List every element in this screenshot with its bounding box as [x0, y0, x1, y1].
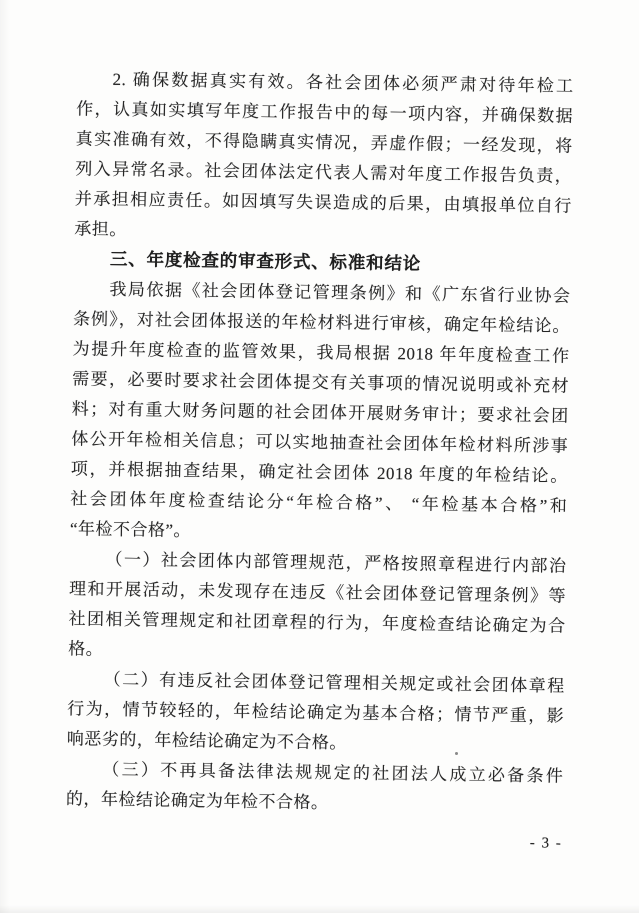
paragraph: （二）有违反社会团体登记管理相关规定或社会团体章程 行为，情节较轻的，年检结论确…	[67, 664, 565, 761]
paragraph: 2. 确保数据真实有效。各社会团体必须严肃对待年检工 作，认真如实填写年度工作报…	[74, 64, 574, 251]
page-number: - 3 -	[65, 826, 562, 853]
scanned-document-page: 2. 确保数据真实有效。各社会团体必须严肃对待年检工 作，认真如实填写年度工作报…	[0, 0, 639, 913]
ink-speck	[455, 752, 458, 755]
paragraph: （一）社会团体内部管理规范，严格按照章程进行内部治 理和开展活动，未发现存在违反…	[68, 544, 567, 671]
paragraph: （三）不再具备法律法规规定的社团法人成立必备条件 的，年检结论确定为年检不合格。	[66, 754, 564, 821]
document-content: 2. 确保数据真实有效。各社会团体必须严肃对待年检工 作，认真如实填写年度工作报…	[65, 64, 574, 853]
paragraph: 我局依据《社会团体登记管理条例》和《广东省行业协会 条例》，对社会团体报送的年检…	[70, 274, 571, 551]
